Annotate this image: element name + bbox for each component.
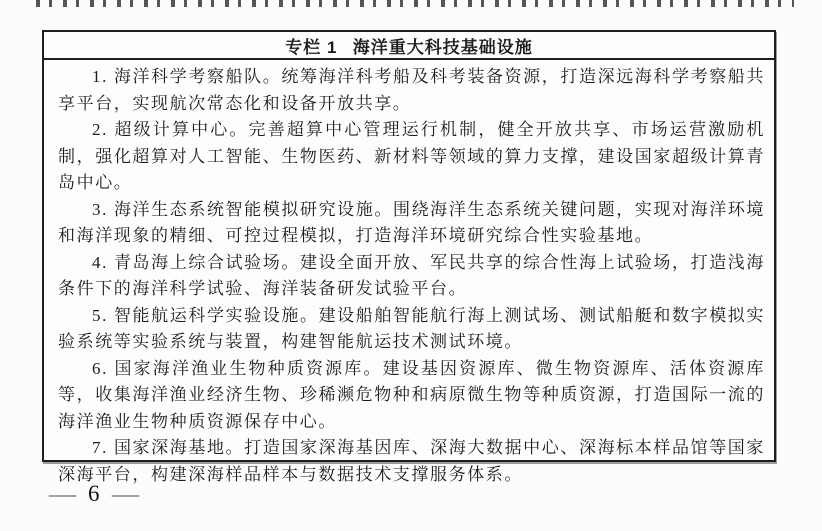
panel-item-7: 7.国家深海基地。打造国家深海基因库、深海大数据中心、深海标本样品馆等国家深海平… <box>58 435 765 488</box>
item-name: 超级计算中心。 <box>114 120 249 139</box>
panel-header: 专栏 1 海洋重大科技基础设施 <box>44 32 774 60</box>
item-number: 1. <box>92 67 108 86</box>
item-name: 国家深海基地。 <box>114 438 244 457</box>
item-name: 海洋生态系统智能模拟研究设施。 <box>114 200 393 219</box>
item-name: 海洋科学考察船队。 <box>114 67 281 86</box>
item-name: 智能航运科学实验设施。 <box>114 306 319 325</box>
footer-dash-left: — <box>49 484 76 505</box>
page-footer: — 6 — <box>52 481 136 507</box>
item-number: 3. <box>92 200 108 219</box>
footer-dash-right: — <box>111 484 138 505</box>
item-number: 2. <box>92 120 108 139</box>
panel-item-2: 2.超级计算中心。完善超算中心管理运行机制，健全开放共享、市场运营激励机制，强化… <box>58 117 765 197</box>
item-number: 4. <box>92 253 108 272</box>
document-page: 专栏 1 海洋重大科技基础设施 1.海洋科学考察船队。统筹海洋科考船及科考装备资… <box>0 0 822 531</box>
panel-item-6: 6.国家海洋渔业生物种质资源库。建设基因资源库、微生物资源库、活体资源库等，收集… <box>58 356 765 436</box>
panel-body: 1.海洋科学考察船队。统筹海洋科考船及科考装备资源，打造深远海科学考察船共享平台… <box>44 60 774 488</box>
item-number: 6. <box>92 359 108 378</box>
item-name: 青岛海上综合试验场。 <box>114 253 300 272</box>
item-number: 5. <box>92 306 108 325</box>
page-number: 6 <box>88 481 100 507</box>
panel-item-1: 1.海洋科学考察船队。统筹海洋科考船及科考装备资源，打造深远海科学考察船共享平台… <box>58 64 765 117</box>
panel-marine-infrastructure: 专栏 1 海洋重大科技基础设施 1.海洋科学考察船队。统筹海洋科考船及科考装备资… <box>42 30 776 462</box>
panel-item-3: 3.海洋生态系统智能模拟研究设施。围绕海洋生态系统关键问题，实现对海洋环境和海洋… <box>58 197 765 250</box>
panel-item-5: 5.智能航运科学实验设施。建设船舶智能航行海上测试场、测试船艇和数字模拟实验系统… <box>58 303 765 356</box>
item-number: 7. <box>92 438 108 457</box>
panel-item-4: 4.青岛海上综合试验场。建设全面开放、军民共享的综合性海上试验场，打造浅海条件下… <box>58 250 765 303</box>
clipped-text-remnant <box>36 0 794 7</box>
panel-label: 专栏 1 <box>285 33 337 58</box>
item-name: 国家海洋渔业生物种质资源库。 <box>114 359 383 378</box>
panel-title: 海洋重大科技基础设施 <box>353 33 533 58</box>
